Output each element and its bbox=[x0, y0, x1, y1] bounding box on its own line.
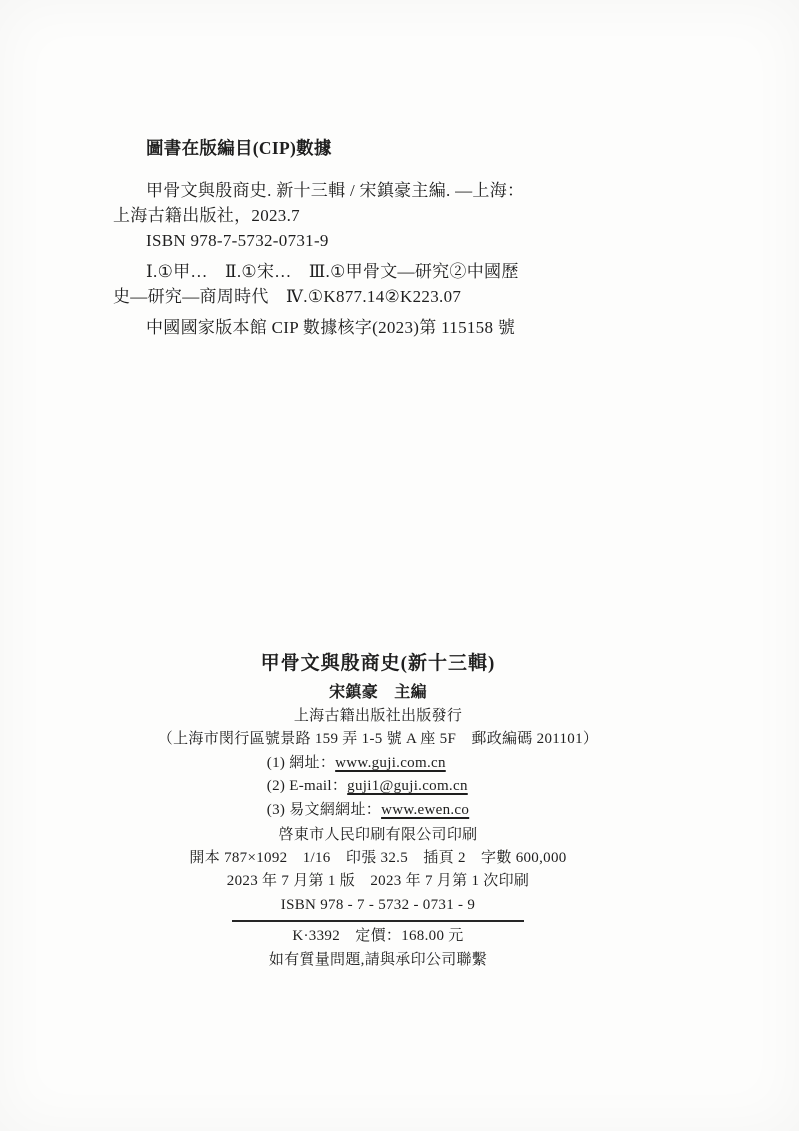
isbn-line: ISBN 978 - 7 - 5732 - 0731 - 9 bbox=[0, 894, 756, 917]
email-line: (2) E-mail：guji1@guji.com.cn bbox=[267, 775, 469, 798]
cip-record-number: 中國國家版本館 CIP 數據核字(2023)第 115158 號 bbox=[113, 315, 613, 340]
website-line: (1) 網址：www.guji.com.cn bbox=[267, 752, 469, 775]
edition-line: 2023 年 7 月第 1 版 2023 年 7 月第 1 次印刷 bbox=[0, 870, 756, 893]
price-line: K·3392 定價：168.00 元 bbox=[0, 926, 756, 947]
isbn-divider-rule bbox=[232, 920, 524, 922]
colophon-block: 甲骨文與殷商史(新十三輯) 宋鎮豪 主編 上海古籍出版社出版發行 （上海市閔行區… bbox=[0, 650, 756, 972]
cip-classification-line-2: 史—研究—商周時代 Ⅳ.①K877.14②K223.07 bbox=[113, 284, 613, 309]
website-number: (1) bbox=[267, 755, 285, 771]
email-address: guji1@guji.com.cn bbox=[347, 778, 468, 794]
email-number: (2) bbox=[267, 778, 285, 794]
ewen-website-line: (3) 易文網網址：www.ewen.co bbox=[267, 799, 469, 822]
printer-line: 啓東市人民印刷有限公司印刷 bbox=[0, 824, 756, 847]
editor-line: 宋鎮豪 主編 bbox=[0, 681, 756, 705]
format-line: 開本 787×1092 1/16 印張 32.5 插頁 2 字數 600,000 bbox=[0, 847, 756, 870]
cip-entry-line-2: 上海古籍出版社，2023.7 bbox=[113, 203, 613, 228]
contact-links-group: (1) 網址：www.guji.com.cn (2) E-mail：guji1@… bbox=[267, 752, 469, 822]
website-url: www.guji.com.cn bbox=[335, 755, 446, 771]
ewen-label: 易文網網址： bbox=[289, 802, 381, 818]
publisher-address: （上海市閔行區號景路 159 弄 1-5 號 A 座 5F 郵政編碼 20110… bbox=[0, 728, 756, 751]
ewen-url: www.ewen.co bbox=[381, 802, 469, 818]
cip-block: 圖書在版編目(CIP)數據 甲骨文與殷商史. 新十三輯 / 宋鎮豪主編. —上海… bbox=[113, 136, 613, 340]
cip-heading: 圖書在版編目(CIP)數據 bbox=[113, 136, 613, 161]
book-title: 甲骨文與殷商史(新十三輯) bbox=[0, 650, 756, 677]
cip-isbn: ISBN 978-7-5732-0731-9 bbox=[113, 228, 613, 253]
scanned-copyright-page: 圖書在版編目(CIP)數據 甲骨文與殷商史. 新十三輯 / 宋鎮豪主編. —上海… bbox=[0, 0, 799, 1131]
cip-classification-line-1: Ⅰ.①甲… Ⅱ.①宋… Ⅲ.①甲骨文—研究②中國歷 bbox=[113, 259, 613, 284]
publisher-line: 上海古籍出版社出版發行 bbox=[0, 705, 756, 728]
email-label: E-mail： bbox=[289, 778, 347, 794]
cip-entry-line-1: 甲骨文與殷商史. 新十三輯 / 宋鎮豪主編. —上海： bbox=[113, 178, 613, 203]
quality-notice: 如有質量問題,請與承印公司聯繫 bbox=[0, 949, 756, 972]
ewen-number: (3) bbox=[267, 802, 285, 818]
website-label: 網址： bbox=[289, 755, 335, 771]
